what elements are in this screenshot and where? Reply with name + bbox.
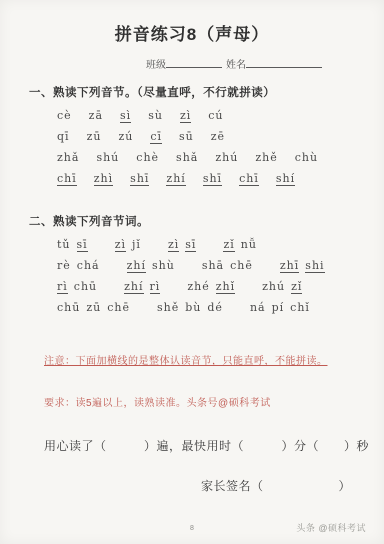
parent-signature-line: 家长签名（ ） [201,477,384,494]
pinyin-syllable: nǚ [241,238,257,251]
pinyin-syllable: zē [211,130,225,143]
pinyin-syllable: rì [150,280,161,294]
pinyin-syllable: shī [203,172,222,186]
pinyin-syllable: chū [57,301,80,314]
pinyin-syllable: jǐ [132,238,141,251]
pinyin-syllable: chá [77,259,100,272]
pinyin-word: nápíchǐ [250,297,316,318]
pinyin-syllable: shě [157,301,179,314]
pinyin-word: zhīshi [280,255,331,276]
pinyin-syllable: zì [180,109,191,123]
pinyin-syllable: zhú [262,280,285,293]
pinyin-syllable: cī [150,130,162,144]
pinyin-word: zhíshù [127,255,181,276]
word-row: rècházhíshùshāchēzhīshi [57,255,384,276]
word-row: chūzūchēshěbùdénápíchǐ [57,297,384,318]
section2-grid: tǔsīzìjǐzìsīzǐnǚrècházhíshùshāchēzhīshir… [57,234,384,318]
pinyin-syllable: zhí [124,280,143,294]
reading-count-line: 用心读了（ ）遍，最快用时（ ）分（ ）秒 [44,437,384,454]
watermark: 头条 @硕科考试 [296,521,366,534]
pinyin-word: rìchū [57,276,103,297]
pinyin-syllable: zǐ [291,280,302,294]
warning-note: 注意：下面加横线的是整体认读音节，只能直呼，不能拼读。 [44,352,360,367]
pinyin-syllable: zì [115,238,126,252]
pinyin-syllable: shí [276,172,295,186]
pinyin-syllable: chī [239,172,259,186]
pinyin-syllable: pí [272,301,285,314]
pinyin-word: zǐnǚ [223,234,263,255]
pinyin-syllable: zhě [255,151,277,164]
name-blank [246,58,322,68]
pinyin-syllable: zhǐ [216,280,235,294]
pinyin-syllable: zā [89,109,103,122]
pinyin-syllable: chè [136,151,159,164]
pinyin-word: shěbùdé [157,297,229,318]
pinyin-syllable: sī [185,238,196,252]
class-name-line: 班级姓名 [146,56,384,71]
pinyin-syllable: shǎ [176,151,198,164]
pinyin-syllable: zhí [127,259,146,273]
pinyin-syllable: sī [77,238,88,252]
pinyin-word: zhúzǐ [262,276,308,297]
class-label: 班级 [146,60,166,71]
pinyin-word: zhírì [124,276,166,297]
word-row: tǔsīzìjǐzìsīzǐnǚ [57,234,384,255]
pinyin-syllable: chī [57,172,77,186]
pinyin-syllable: zú [118,130,133,143]
pinyin-syllable: dé [207,301,223,314]
syllable-row: chīzhìshīzhíshīchīshí [57,168,384,189]
pinyin-syllable: zhì [94,172,113,186]
pinyin-word: zìsī [168,234,203,255]
pinyin-syllable: chē [107,301,130,314]
syllable-row: cèzāsìsùzìcú [57,105,384,126]
pinyin-syllable: shī [130,172,149,186]
section1-grid: cèzāsìsùzìcúqīzūzúcīsūzēzhǎshúchèshǎzhúz… [57,105,384,189]
pinyin-syllable: cè [57,109,72,122]
pinyin-word: tǔsī [57,234,94,255]
pinyin-syllable: qī [57,130,70,143]
pinyin-syllable: shú [96,151,119,164]
pinyin-syllable: rè [57,259,71,272]
pinyin-syllable: zū [86,301,101,314]
class-blank [166,58,222,68]
pinyin-syllable: shā [202,259,224,272]
pinyin-syllable: shù [152,259,175,272]
requirement-note: 要求：读5遍以上，读熟读准。头条号@硕科考试 [44,394,384,409]
pinyin-syllable: chē [230,259,253,272]
page-title: 拼音练习8（声母） [0,0,384,45]
syllable-row: qīzūzúcīsūzē [57,126,384,147]
syllable-row: zhǎshúchèshǎzhúzhěchù [57,147,384,168]
pinyin-syllable: chū [74,280,97,293]
pinyin-word: rèchá [57,255,106,276]
pinyin-word: chūzūchē [57,297,136,318]
worksheet-page: 拼音练习8（声母） 班级姓名 一、熟读下列音节。（尽量直呼，不行就拼读） cèz… [0,0,384,544]
pinyin-syllable: chù [295,151,318,164]
pinyin-syllable: chǐ [290,301,310,314]
pinyin-syllable: cú [208,109,223,122]
pinyin-syllable: zhī [280,259,299,273]
pinyin-syllable: sù [148,109,163,122]
pinyin-syllable: shi [305,259,324,273]
pinyin-syllable: zū [87,130,102,143]
pinyin-syllable: sū [179,130,194,143]
pinyin-syllable: ná [250,301,266,314]
pinyin-syllable: rì [57,280,68,294]
pinyin-syllable: sì [120,109,131,123]
section2-heading: 二、熟读下列音节词。 [29,213,364,229]
pinyin-syllable: zhí [166,172,185,186]
pinyin-word: zhézhǐ [187,276,241,297]
pinyin-word: shāchē [202,255,259,276]
pinyin-syllable: bù [185,301,201,314]
pinyin-syllable: zǐ [223,238,234,252]
name-label: 姓名 [226,60,246,71]
section1-heading: 一、熟读下列音节。（尽量直呼，不行就拼读） [29,84,364,100]
pinyin-syllable: zhǎ [57,151,79,164]
pinyin-word: zìjǐ [115,234,147,255]
pinyin-syllable: zhé [187,280,209,293]
pinyin-syllable: zhú [215,151,238,164]
pinyin-syllable: zì [168,238,179,252]
word-row: rìchūzhírìzhézhǐzhúzǐ [57,276,384,297]
pinyin-syllable: tǔ [57,238,71,251]
